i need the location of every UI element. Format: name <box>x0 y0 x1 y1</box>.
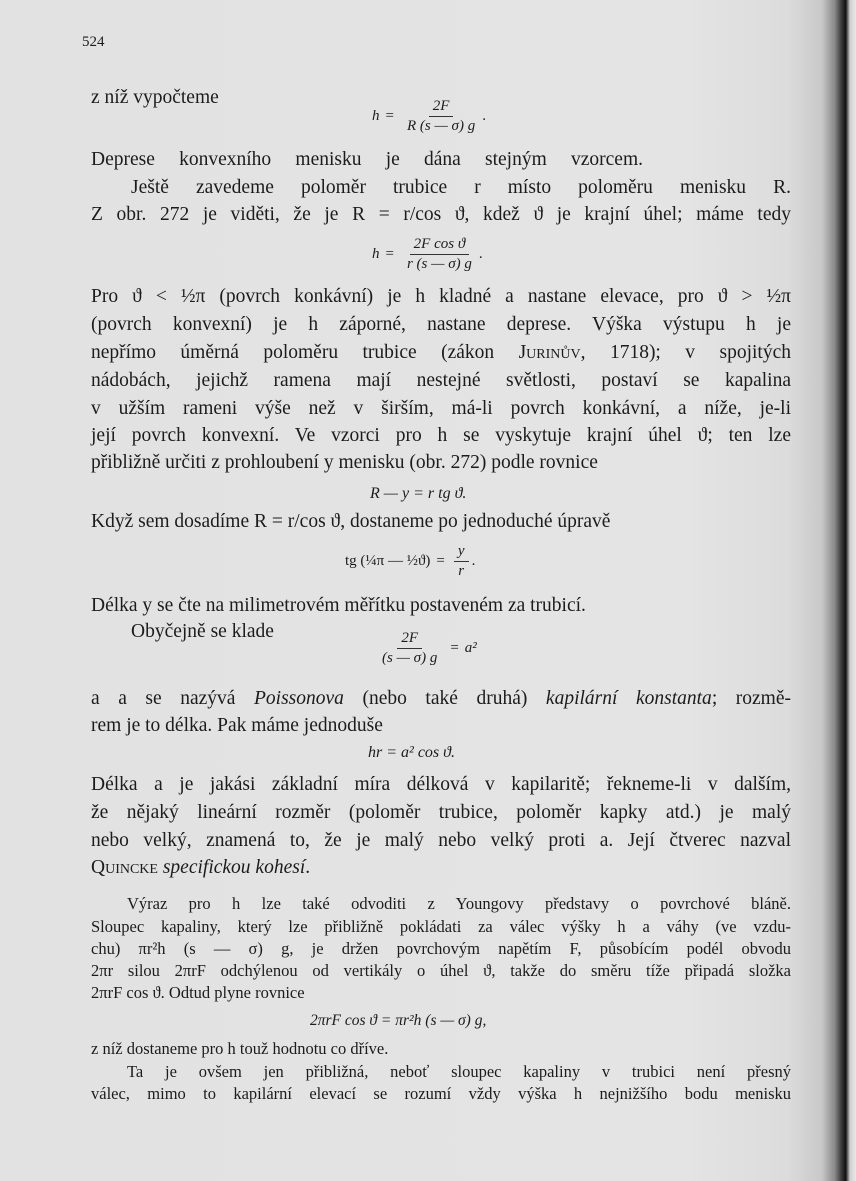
fraction: 2F cos ϑ r (s — σ) g <box>403 236 476 273</box>
author-name: Jurinův <box>519 342 581 363</box>
formula-force-balance: 2πrF cos ϑ = πr²h (s — σ) g, <box>310 1012 486 1030</box>
term-italic: kapilární konstanta <box>546 688 712 709</box>
author-name: Quincke <box>91 857 158 878</box>
numerator: y <box>454 543 469 562</box>
formula-tangent: tg (¼π — ½ϑ) = y r . <box>345 543 475 580</box>
text-line: v užším rameni výše než v širším, má-li … <box>91 397 791 421</box>
formula-capillary-constant: 2F (s — σ) g = a² <box>375 630 477 667</box>
formula-tail: . <box>482 108 486 125</box>
text-line: (povrch konvexní) je h záporné, nastane … <box>91 313 791 337</box>
formula-eq: = <box>444 640 464 657</box>
small-text-line: Sloupec kapaliny, který lze přibližně po… <box>91 917 791 937</box>
formula-eq: = <box>380 246 400 263</box>
formula-rhs: a² <box>465 640 477 657</box>
page-number: 524 <box>82 34 105 51</box>
text-line: Délka a je jakási základní míra délková … <box>91 773 791 797</box>
text-line: nepřímo úměrná poloměru trubice (zákon J… <box>91 341 791 365</box>
denominator: (s — σ) g <box>378 649 441 667</box>
text-line: přibližně určiti z prohloubení y menisku… <box>91 451 791 475</box>
text-span: ; rozmě- <box>712 688 791 709</box>
small-text-line: Výraz pro h lze také odvoditi z Youngovy… <box>91 894 791 914</box>
text-line: Quincke specifickou kohesí. <box>91 856 791 880</box>
term-italic: Poissonova <box>254 688 344 709</box>
numerator: 2F <box>429 98 454 117</box>
book-page: 524 z níž vypočteme h = 2F R (s — σ) g .… <box>0 0 856 1181</box>
small-text-line: válec, mimo to kapilární elevací se rozu… <box>91 1084 791 1104</box>
small-text-line: z níž dostaneme pro h touž hodnotu co dř… <box>91 1039 791 1059</box>
small-text-line: 2πr silou 2πrF odchýlenou od vertikály o… <box>91 961 791 981</box>
formula-tail: . <box>472 553 476 570</box>
text-line: nebo velký, znamená to, že je malý nebo … <box>91 829 791 853</box>
formula-hr: hr = a² cos ϑ. <box>368 744 455 762</box>
small-text-line: 2πrF cos ϑ. Odtud plyne rovnice <box>91 983 791 1003</box>
formula-h-meniscus: h = 2F R (s — σ) g . <box>372 98 486 135</box>
text-line: rem je to délka. Pak máme jednoduše <box>91 714 791 738</box>
formula-lhs: h <box>372 246 380 263</box>
text-span: , 1718); v spojitých <box>581 342 791 363</box>
formula-lhs: tg (¼π — ½ϑ) <box>345 553 430 570</box>
formula-tail: . <box>479 246 483 263</box>
denominator: R (s — σ) g <box>403 117 479 135</box>
small-text-line: Ta je ovšem jen přibližná, neboť sloupec… <box>91 1062 791 1082</box>
denominator: r (s — σ) g <box>403 255 476 273</box>
formula-h-tube: h = 2F cos ϑ r (s — σ) g . <box>372 236 483 273</box>
text-line: Ještě zavedeme poloměr trubice r místo p… <box>91 176 791 200</box>
formula-eq: = <box>430 553 450 570</box>
fraction: 2F (s — σ) g <box>378 630 441 667</box>
fraction: y r <box>454 543 469 580</box>
text-line: nádobách, jejichž ramena mají nestejné s… <box>91 369 791 393</box>
text-line: Z obr. 272 je viděti, že je R = r/cos ϑ,… <box>91 203 791 227</box>
small-text-line: chu) πr²h (s — σ) g, je držen povrchovým… <box>91 939 791 959</box>
numerator: 2F <box>397 630 422 649</box>
denominator: r <box>454 562 468 580</box>
text-line: Pro ϑ < ½π (povrch konkávní) je h kladné… <box>91 285 791 309</box>
text-line: její povrch konvexní. Ve vzorci pro h se… <box>91 424 791 448</box>
fraction: 2F R (s — σ) g <box>403 98 479 135</box>
text-line: že nějaký lineární rozměr (poloměr trubi… <box>91 801 791 825</box>
formula-lhs: h <box>372 108 380 125</box>
formula-depth: R — y = r tg ϑ. <box>370 485 466 503</box>
text-line: Deprese konvexního menisku je dána stejn… <box>91 148 643 172</box>
text-span: . <box>305 857 310 878</box>
numerator: 2F cos ϑ <box>410 236 470 255</box>
text-span: nepřímo úměrná poloměru trubice (zákon <box>91 342 519 363</box>
text-line: Délka y se čte na milimetrovém měřítku p… <box>91 594 791 618</box>
term-italic: specifickou kohesí <box>163 857 305 878</box>
formula-eq: = <box>380 108 400 125</box>
text-span: a a se nazývá <box>91 688 254 709</box>
text-span: (nebo také druhá) <box>344 688 546 709</box>
text-line: a a se nazývá Poissonova (nebo také druh… <box>91 687 791 711</box>
text-line: Když sem dosadíme R = r/cos ϑ, dostaneme… <box>91 510 791 534</box>
